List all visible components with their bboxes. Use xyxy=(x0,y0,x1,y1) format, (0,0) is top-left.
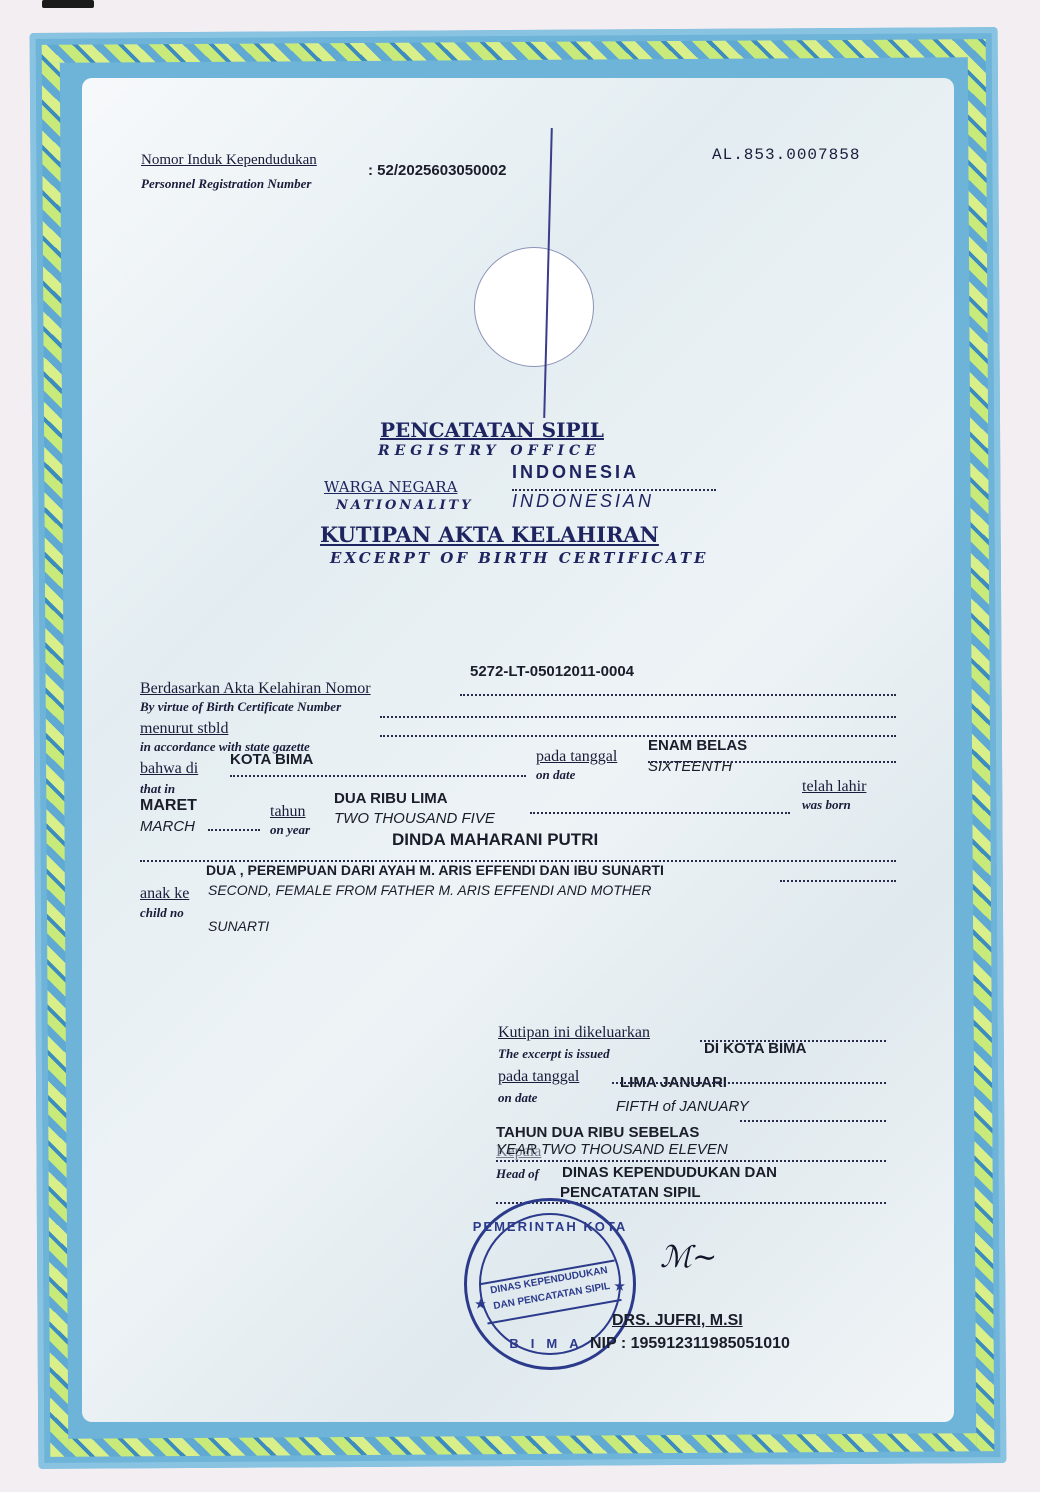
child-desc-en-1: SECOND, FEMALE FROM FATHER M. ARIS EFFEN… xyxy=(208,882,651,898)
child-desc-en-2: SUNARTI xyxy=(208,918,269,934)
star-icon: ★ xyxy=(614,1279,625,1293)
child-name: DINDA MAHARANI PUTRI xyxy=(392,830,598,850)
nationality-label: WARGA NEGARA xyxy=(324,478,457,496)
nik-sublabel: Personnel Registration Number xyxy=(141,176,311,192)
month-value: MARET xyxy=(140,797,197,815)
doc-title: KUTIPAN AKTA KELAHIRAN xyxy=(320,522,659,547)
issue-year-value: TAHUN DUA RIBU SEBELAS xyxy=(496,1124,699,1141)
photo-hole xyxy=(474,247,594,367)
nationality-value-en: INDONESIAN xyxy=(512,491,654,512)
child-no-label: anak ke xyxy=(140,885,189,903)
year-label: tahun xyxy=(270,803,306,821)
serial-number: AL.853.0007858 xyxy=(712,146,860,164)
department-1: DINAS KEPENDUDUKAN DAN xyxy=(562,1164,777,1181)
year-value: DUA RIBU LIMA xyxy=(334,790,448,807)
signatory-name: DRS. JUFRI, M.SI xyxy=(612,1312,743,1330)
cert-no-sublabel: By virtue of Birth Certificate Number xyxy=(140,699,341,715)
cert-no-label: Berdasarkan Akta Kelahiran Nomor xyxy=(140,680,371,698)
issue-date-value-en: FIFTH of JANUARY xyxy=(616,1098,749,1115)
nik-label: Nomor Induk Kependudukan xyxy=(141,152,317,169)
place-sublabel: that in xyxy=(140,781,175,797)
year-value-en: TWO THOUSAND FIVE xyxy=(334,810,495,827)
cert-no-value: 5272-LT-05012011-0004 xyxy=(470,663,634,680)
date-value: ENAM BELAS xyxy=(648,737,747,754)
doc-title-en: EXCERPT OF BIRTH CERTIFICATE xyxy=(330,549,708,567)
date-sublabel: on date xyxy=(536,767,575,783)
signatory-nip: NIP : 195912311985051010 xyxy=(590,1335,790,1353)
star-icon: ★ xyxy=(475,1297,486,1311)
nationality-label-en: NATIONALITY xyxy=(336,498,473,513)
department-2: PENCATATAN SIPIL xyxy=(560,1184,701,1201)
signature: ℳ∼ xyxy=(660,1240,717,1275)
paper-clip xyxy=(42,0,94,8)
born-label: telah lahir xyxy=(802,778,866,796)
issued-label: Kutipan ini dikeluarkan xyxy=(498,1024,650,1042)
place-value: KOTA BIMA xyxy=(230,751,313,768)
office-title: PENCATATAN SIPIL xyxy=(380,418,604,442)
issue-year-value-en: YEAR TWO THOUSAND ELEVEN xyxy=(496,1141,728,1158)
place-label: bahwa di xyxy=(140,760,198,778)
child-desc: DUA , PEREMPUAN DARI AYAH M. ARIS EFFEND… xyxy=(206,862,664,878)
head-sublabel: Head of xyxy=(496,1166,539,1182)
stamp-top-text: PEMERINTAH KOTA xyxy=(467,1219,633,1234)
issue-date-sublabel: on date xyxy=(498,1090,537,1106)
nik-value: : 52/2025603050002 xyxy=(368,162,506,179)
month-value-en: MARCH xyxy=(140,818,195,835)
stbld-label: menurut stbld xyxy=(140,720,228,738)
child-no-sublabel: child no xyxy=(140,905,184,921)
date-label: pada tanggal xyxy=(536,748,617,766)
year-sublabel: on year xyxy=(270,822,310,838)
nationality-value: INDONESIA xyxy=(512,462,639,483)
issue-date-label: pada tanggal xyxy=(498,1068,579,1086)
born-sublabel: was born xyxy=(802,797,851,813)
issued-place: DI KOTA BIMA xyxy=(704,1040,807,1057)
issued-sublabel: The excerpt is issued xyxy=(498,1046,610,1062)
office-title-en: REGISTRY OFFICE xyxy=(378,443,601,459)
